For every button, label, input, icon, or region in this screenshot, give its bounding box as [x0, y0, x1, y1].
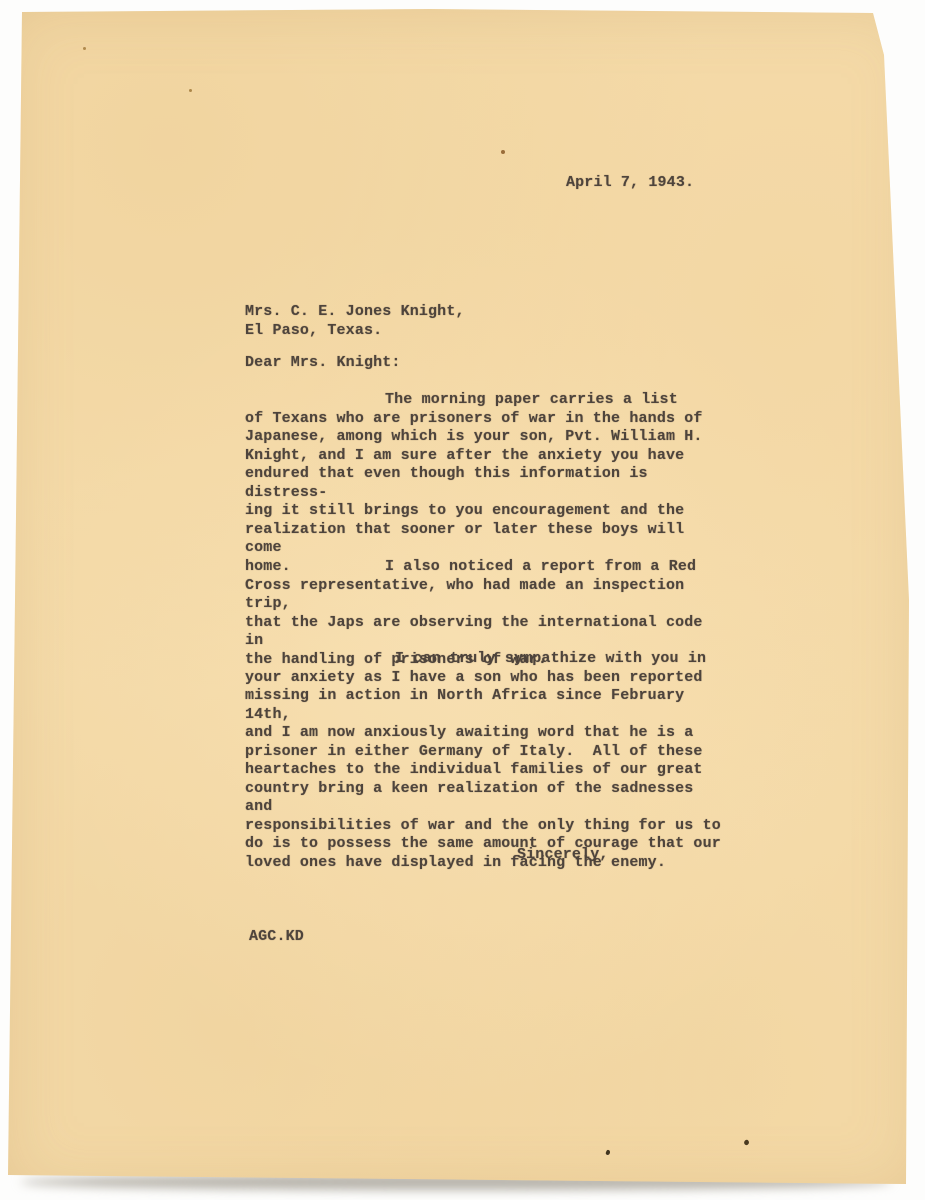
scanned-letter-page: { "colors": { "paper": "#f5dcab", "ink":… — [0, 0, 925, 1200]
salutation: Dear Mrs. Knight: — [245, 354, 725, 373]
scan-background: April 7, 1943. Mrs. C. E. Jones Knight, … — [0, 0, 925, 1200]
paper-speck — [743, 1139, 750, 1146]
typist-initials: AGC.KD — [249, 928, 369, 947]
recipient-address: Mrs. C. E. Jones Knight, El Paso, Texas. — [245, 303, 725, 340]
paper-speck — [189, 89, 192, 92]
letter-date: April 7, 1943. — [566, 174, 766, 193]
paper-speck — [83, 47, 86, 50]
letter-paragraph-1: The morning paper carries a list of Texa… — [245, 391, 725, 576]
paper-speck — [501, 150, 505, 154]
letter-paragraph-3: I can truly sympathize with you in your … — [245, 650, 725, 872]
paper-speck — [605, 1149, 611, 1155]
letter-paper: April 7, 1943. Mrs. C. E. Jones Knight, … — [0, 0, 925, 1200]
closing: Sincerely, — [517, 846, 677, 865]
